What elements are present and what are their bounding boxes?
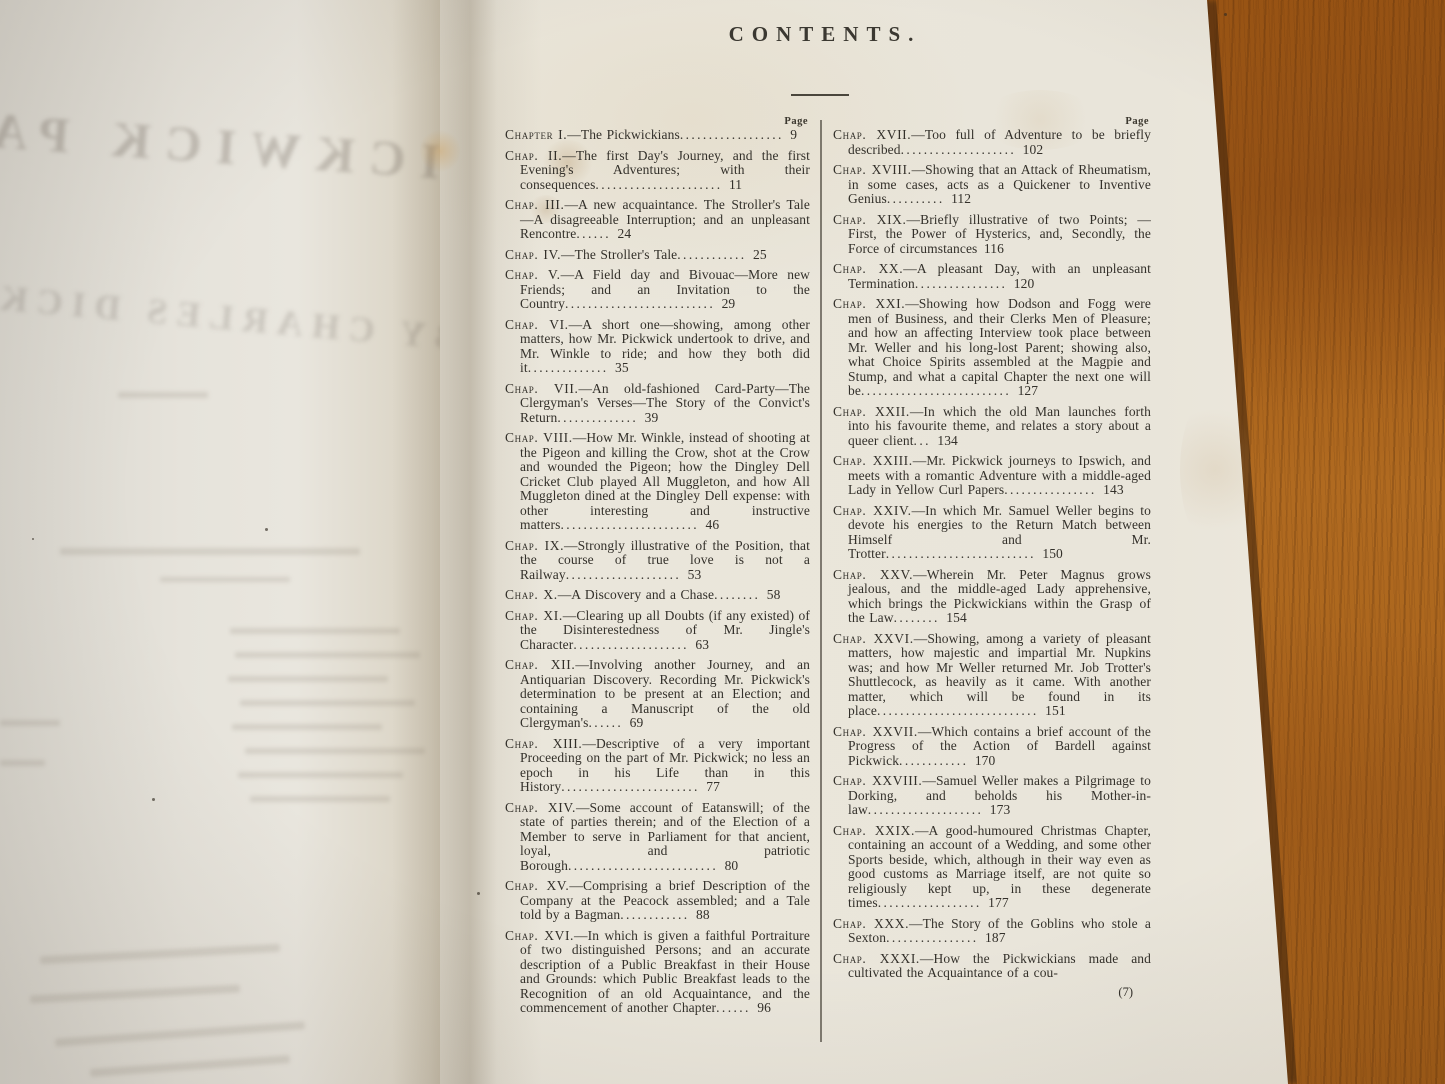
toc-entry: Chap. IV.—The Stroller's Tale...........…: [505, 248, 810, 263]
dot-leader: ....................: [868, 802, 984, 817]
chapter-label: Chap. XXVII.: [833, 724, 918, 739]
dot-leader: ......................: [595, 177, 722, 192]
dot-leader: ..............: [557, 410, 638, 425]
chapter-label: Chap. IV.: [505, 247, 561, 262]
dot-leader: ........: [714, 587, 760, 602]
toc-entry: Chap. XIII.—Descriptive of a very import…: [505, 737, 810, 795]
page-number: 177: [982, 895, 1009, 910]
page-column-header: Page: [505, 116, 808, 127]
speck: [32, 538, 34, 540]
dot-leader: ..............: [528, 360, 609, 375]
toc-entry: Chap. XXIV.—In which Mr. Samuel Weller b…: [833, 504, 1151, 562]
page-number: 134: [931, 433, 958, 448]
toc-entry: Chap. VII.—An old-fashioned Card-Party—T…: [505, 382, 810, 426]
show-through-smudge: [40, 944, 280, 965]
dot-leader: ..........................: [568, 858, 718, 873]
show-through-smudge: [245, 748, 425, 754]
page-number: 173: [983, 802, 1010, 817]
page-number: 112: [945, 191, 972, 206]
page-number: 25: [747, 247, 767, 262]
chapter-label: Chap. VI.: [505, 317, 569, 332]
chapter-label: Chap. XXIX.: [833, 823, 915, 838]
chapter-label: Chap. XVIII.: [833, 162, 912, 177]
toc-entry: Chap. XXXI.—How the Pickwickians made an…: [833, 952, 1151, 981]
page-number: 88: [690, 907, 710, 922]
chapter-label: Chap. IX.: [505, 538, 564, 553]
show-through-title-mirrored: PICKWICK PAP: [0, 101, 487, 194]
toc-entry: Chap. XV.—Comprising a brief Description…: [505, 879, 810, 923]
show-through-author-mirrored: BY CHARLES DICK: [0, 273, 461, 358]
page-number: 46: [699, 517, 719, 532]
show-through-smudge: [0, 760, 45, 766]
toc-entry: Chap. VIII.—How Mr. Winkle, instead of s…: [505, 431, 810, 533]
toc-entry: Chap. IX.—Strongly illustrative of the P…: [505, 539, 810, 583]
dot-leader: ....................: [901, 142, 1017, 157]
chapter-label: Chap. XVII.: [833, 127, 911, 142]
toc-entry: Chap. VI.—A short one—showing, among oth…: [505, 318, 810, 376]
page-number: 151: [1039, 703, 1066, 718]
toc-entry: Chap. X.—A Discovery and a Chase........…: [505, 588, 810, 603]
chapter-label: Chap. XII.: [505, 657, 575, 672]
chapter-label: Chap. XXI.: [833, 296, 905, 311]
page-number: 63: [689, 637, 709, 652]
chapter-label: Chap. XXVI.: [833, 631, 914, 646]
toc-entry: Chap. XXI.—Showing how Dodson and Fogg w…: [833, 297, 1151, 399]
show-through-smudge: [250, 796, 390, 802]
show-through-smudge: [240, 700, 415, 706]
chapter-label: Chap. XV.: [505, 878, 569, 893]
chapter-label: Chap. XIV.: [505, 800, 576, 815]
toc-entry: Chap. XII.—Involving another Journey, an…: [505, 658, 810, 731]
toc-entry: Chap. XIV.—Some account of Eatanswill; o…: [505, 801, 810, 874]
show-through-smudge: [238, 772, 403, 778]
page-number: 102: [1016, 142, 1043, 157]
chapter-label: Chap. XXIV.: [833, 503, 912, 518]
chapter-title: —The Stroller's Tale: [561, 247, 677, 262]
dot-leader: ....................: [573, 637, 689, 652]
dot-leader: ......: [576, 226, 611, 241]
toc-entry: Chap. V.—A Field day and Bivouac—More ne…: [505, 268, 810, 312]
page-number: 120: [1007, 276, 1034, 291]
dot-leader: ......: [716, 1000, 751, 1015]
toc-entry: Chap. XXIII.—Mr. Pickwick journeys to Ip…: [833, 454, 1151, 498]
left-page: PICKWICK PAP BY CHARLES DICK: [0, 0, 478, 1084]
page-number: 11: [722, 177, 742, 192]
toc-entry: Chap. XIX.—Briefly illustrative of two P…: [833, 213, 1151, 257]
toc-entry: Chap. II.—The first Day's Journey, and t…: [505, 149, 810, 193]
page-number: 96: [751, 1000, 771, 1015]
chapter-label: Chap. XX.: [833, 261, 903, 276]
dot-leader: ................: [915, 276, 1007, 291]
dot-leader: ........................: [561, 779, 700, 794]
page-number: 80: [718, 858, 738, 873]
chapter-title: —A new acquaintance. The Stroller's Tale…: [520, 197, 810, 241]
toc-entry: Chap. III.—A new acquaintance. The Strol…: [505, 198, 810, 242]
toc-entry: Chap. XXVII.—Which contains a brief acco…: [833, 725, 1151, 769]
show-through-smudge: [230, 628, 400, 634]
page-number: [1058, 965, 1060, 980]
show-through-smudge: [232, 724, 382, 730]
chapter-label: Chap. XXV.: [833, 567, 913, 582]
dot-leader: ............: [677, 247, 746, 262]
page-number: 170: [968, 753, 995, 768]
show-through-smudge: [118, 392, 208, 398]
dot-leader: ......: [589, 715, 624, 730]
chapter-label: Chap. X.: [505, 587, 558, 602]
toc-entry: Chap. XX.—A pleasant Day, with an unplea…: [833, 262, 1151, 291]
dot-leader: ..........................: [565, 296, 715, 311]
dot-leader: ............: [899, 753, 968, 768]
toc-entry: Chap. XXVIII.—Samuel Weller makes a Pilg…: [833, 774, 1151, 818]
chapter-label: Chapter I.: [505, 127, 567, 142]
page-number: 58: [760, 587, 780, 602]
speck: [152, 798, 155, 801]
signature-mark: (7): [833, 985, 1151, 1000]
title-rule: [791, 94, 849, 96]
toc-entry: Chap. XXII.—In which the old Man launche…: [833, 405, 1151, 449]
toc-entry: Chap. XI.—Clearing up all Doubts (if any…: [505, 609, 810, 653]
page-number: 77: [700, 779, 720, 794]
show-through-smudge: [235, 652, 420, 658]
toc-entry: Chap. XVI.—In which is given a faithful …: [505, 929, 810, 1016]
page-number: 35: [609, 360, 629, 375]
chapter-label: Chap. XIII.: [505, 736, 582, 751]
dot-leader: ....................: [566, 567, 682, 582]
toc-entry: Chap. XVIII.—Showing that an Attack of R…: [833, 163, 1151, 207]
chapter-label: Chap. XXIII.: [833, 453, 913, 468]
chapter-label: Chap. XXX.: [833, 916, 909, 931]
dot-leader: ............: [620, 907, 689, 922]
chapter-label: Chap. XXXI.: [833, 951, 920, 966]
page-number: 29: [715, 296, 735, 311]
toc-entry: Chapter I.—The Pickwickians.............…: [505, 128, 810, 143]
toc-entry: Chap. XXIX.—A good-humoured Christmas Ch…: [833, 824, 1151, 911]
dot-leader: ..........: [887, 191, 945, 206]
dot-leader: ..........................: [886, 546, 1036, 561]
chapter-label: Chap. III.: [505, 197, 564, 212]
page-number: 116: [977, 241, 1004, 256]
show-through-smudge: [55, 1021, 305, 1046]
speck: [265, 528, 268, 531]
show-through-smudge: [90, 1055, 290, 1077]
dot-leader: ........: [894, 610, 940, 625]
dot-leader: ..................: [878, 895, 982, 910]
toc-entry: Chap. XXV.—Wherein Mr. Peter Magnus grow…: [833, 568, 1151, 626]
page-number: 39: [638, 410, 658, 425]
show-through-smudge: [60, 548, 360, 555]
chapter-label: Chap. VIII.: [505, 430, 573, 445]
page-number: 69: [623, 715, 643, 730]
chapter-label: Chap. V.: [505, 267, 561, 282]
toc-entries-right: Chap. XVII.—Too full of Adventure to be …: [833, 128, 1151, 981]
page-number: 53: [681, 567, 701, 582]
toc-column-right: Page Chap. XVII.—Too full of Adventure t…: [833, 116, 1151, 1000]
chapter-label: Chap. XVI.: [505, 928, 574, 943]
toc-column-left: Page Chapter I.—The Pickwickians........…: [505, 116, 810, 1022]
toc-entry: Chap. XVII.—Too full of Adventure to be …: [833, 128, 1151, 157]
column-divider: [820, 120, 822, 1042]
page-number: 24: [611, 226, 631, 241]
toc-entry: Chap. XXX.—The Story of the Goblins who …: [833, 917, 1151, 946]
toc-entries-left: Chapter I.—The Pickwickians.............…: [505, 128, 810, 1016]
chapter-label: Chap. II.: [505, 148, 562, 163]
page-number: 143: [1097, 482, 1124, 497]
chapter-label: Chap. XXII.: [833, 404, 910, 419]
dot-leader: ..................: [680, 127, 784, 142]
page-number: 154: [940, 610, 967, 625]
toc-entry: Chap. XXVI.—Showing, among a variety of …: [833, 632, 1151, 719]
dot-leader: ................: [1004, 482, 1096, 497]
show-through-smudge: [228, 676, 388, 682]
dot-leader: ........................: [560, 517, 699, 532]
chapter-label: Chap. VII.: [505, 381, 578, 396]
show-through-smudge: [160, 577, 290, 582]
page-number: 127: [1011, 383, 1038, 398]
dot-leader: ................: [886, 930, 978, 945]
speck: [477, 892, 480, 895]
chapter-label: Chap. XXVIII.: [833, 773, 922, 788]
dot-leader: ...: [914, 433, 931, 448]
chapter-label: Chap. XIX.: [833, 212, 907, 227]
contents-title: CONTENTS.: [500, 22, 1150, 47]
page-number: 9: [784, 127, 797, 142]
dot-leader: ..........................: [861, 383, 1011, 398]
chapter-label: Chap. XI.: [505, 608, 563, 623]
show-through-smudge: [30, 985, 240, 1004]
page-column-header: Page: [833, 116, 1149, 127]
show-through-smudge: [0, 720, 60, 726]
page-number: 150: [1036, 546, 1063, 561]
chapter-title: —A Discovery and a Chase: [558, 587, 714, 602]
chapter-title: —The Pickwickians: [567, 127, 680, 142]
dot-leader: ............................: [877, 703, 1039, 718]
speck: [1224, 13, 1227, 16]
page-number: 187: [979, 930, 1006, 945]
